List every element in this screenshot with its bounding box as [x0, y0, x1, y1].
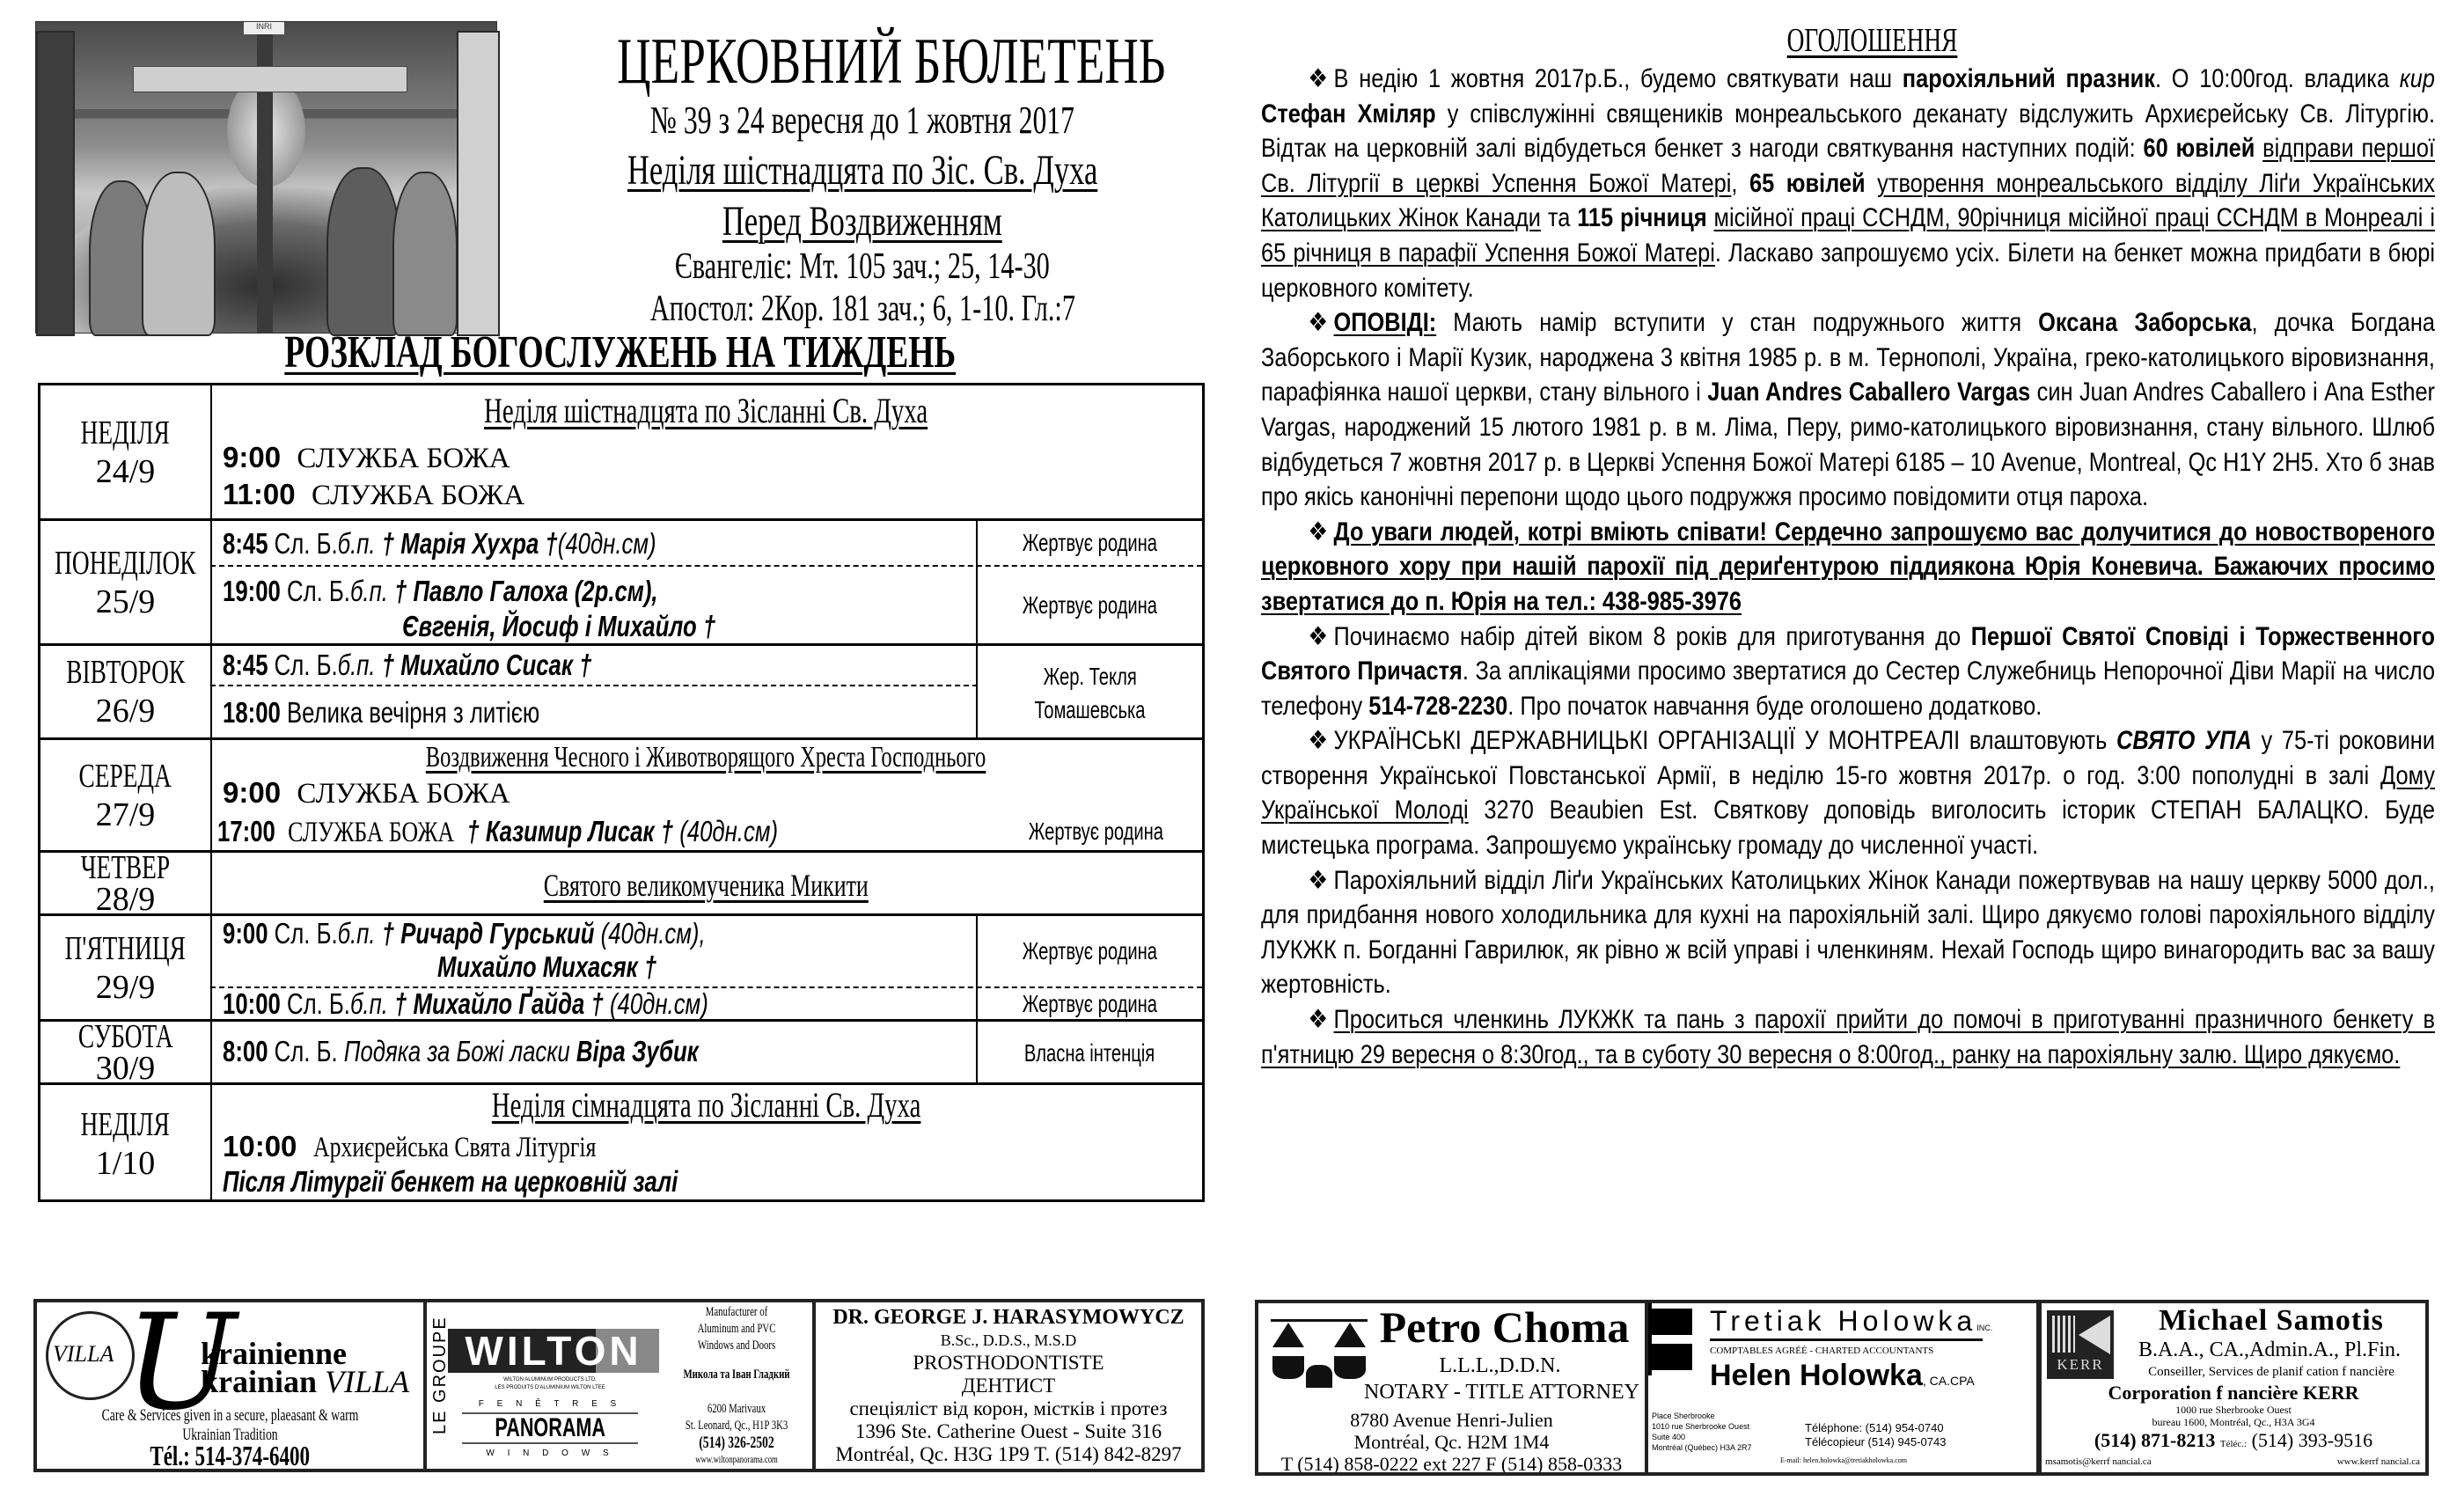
notary-info: L.L.L.,D.D.N. NOTARY - TITLE ATTORNEY [1364, 1353, 1636, 1405]
crucifixion-picture: INRI [35, 21, 497, 334]
services-cell: 8:00 Сл. Б. Подяка за Божі ласки Віра Зу… [210, 1022, 1202, 1082]
kerr-corp: Corporation f nancière KERR [2042, 1382, 2425, 1404]
figure [457, 31, 500, 336]
ad-notary: Petro Choma L.L.L.,D.D.N. NOTARY - TITLE… [1255, 1300, 1648, 1476]
apostle-reading: Апостол: 2Кор. 181 зач.; 6, 1-10. Гл.:7 [510, 289, 1214, 329]
day-cell: СУБОТА30/9 [40, 1022, 212, 1082]
service-line: 9:00 СЛУЖБА БОЖА [223, 775, 510, 811]
schedule-table: НЕДІЛЯ24/9 Неділя шістнадцята по Зісланн… [38, 383, 1205, 1202]
announcement-item: ❖УКРАЇНСЬКІ ДЕРЖАВНИЦЬКІ ОРГАНІЗАЦІЇ У М… [1261, 723, 2435, 862]
feast-title: Неділя сімнадцята по Зісланні Св. Духа [210, 1085, 1202, 1126]
day-cell: ЧЕТВЕР28/9 [40, 853, 212, 913]
service-line-continued: Євгенія, Йосиф і Михайло † [402, 609, 804, 644]
fenetres-text: F E N Ê T R E S [462, 1399, 638, 1409]
donor-note: Жертвує родина [976, 521, 1202, 565]
figure [142, 172, 216, 336]
firm-subtitle: COMPTABLES AGRÉÉ - CHARTED ACCOUNTANTS [1710, 1346, 2031, 1356]
ad-kerr-financial: KERR Michael Samotis B.A.A., CA.,Admin.A… [2038, 1300, 2429, 1476]
announcement-item: ❖Парохіяльний відділ Ліґи Українських Ка… [1261, 863, 2435, 1002]
table-row-saturday: СУБОТА30/9 8:00 Сл. Б. Подяка за Божі ла… [40, 1022, 1202, 1085]
after-liturgy-note: Після Літургії бенкет на церковній залі [223, 1164, 806, 1199]
dashed-divider [210, 685, 978, 686]
diamond-bullet-icon: ❖ [1308, 62, 1333, 97]
day-cell: П'ЯТНИЦЯ29/9 [40, 916, 212, 1019]
villa-name: krainienne krainian VILLA [201, 1339, 409, 1396]
announcement-item: ❖В недію 1 жовтня 2017р.Б., будемо святк… [1261, 62, 2435, 305]
services-cell: Неділя шістнадцята по Зісланні Св. Духа … [210, 385, 1202, 518]
donor-note: Жертвує родина [1002, 814, 1190, 849]
services-cell: 8:45 Сл. Б.б.п. † Марія Хухра †(40дн.см)… [210, 521, 1202, 643]
accountant-address: Place Sherbrooke 1010 rue Sherbrooke Oue… [1652, 1411, 1752, 1453]
diamond-bullet-icon: ❖ [1308, 305, 1333, 341]
figure [392, 172, 458, 336]
donor-note: Жертвує родина [976, 916, 1202, 986]
windows-text: W I N D O W S [462, 1448, 638, 1458]
kerr-address: 1000 rue Sherbrooke Ouest bureau 1600, M… [2042, 1404, 2425, 1428]
table-row-tuesday: ВІВТОРОК26/9 8:45 Сл. Б.б.п. † Михайло С… [40, 646, 1202, 740]
issue-dates: № 39 з 24 вересня до 1 жовтня 2017 [510, 99, 1214, 143]
accountant-email: E-mail: helen.holowka@tretiakholowka.com [1780, 1456, 2031, 1464]
announcement-item: ❖До уваги людей, котрі вміють співати! С… [1261, 515, 2435, 620]
ad-ukrainian-villa: VILLA U krainienne krainian VILLA Care &… [33, 1299, 427, 1472]
services-cell: Воздвиження Чесного і Животворящого Хрес… [210, 740, 1202, 850]
wilton-subtitle: WILTON ALUMINUM PRODUCTS LTD.LES PRODUIT… [462, 1376, 638, 1392]
ad-wilton-panorama: LE GROUPE WILTON WILTON ALUMINUM PRODUCT… [423, 1299, 816, 1472]
kerr-phones: (514) 871-8213 Téléc.: (514) 393-9516 [2042, 1430, 2425, 1455]
diamond-bullet-icon: ❖ [1308, 863, 1333, 898]
day-cell: СЕРЕДА27/9 [40, 740, 212, 850]
diamond-bullet-icon: ❖ [1308, 723, 1333, 759]
villa-phone: Tél.: 514-374-6400 [37, 1441, 423, 1470]
services-cell: Святого великомученика Микити [210, 853, 1202, 913]
gospel-reading: Євангеліє: Мт. 105 зач.; 25, 14-30 [510, 246, 1214, 287]
feast-title: Воздвиження Чесного і Животворящого Хрес… [210, 740, 1202, 775]
diamond-bullet-icon: ❖ [1308, 515, 1333, 550]
table-row-friday: П'ЯТНИЦЯ29/9 9:00 Сл. Б.б.п. † Ричард Гу… [40, 916, 1202, 1022]
figure [36, 31, 75, 336]
feast-title: Святого великомученика Микити [210, 865, 1202, 906]
service-line: 8:45 Сл. Б.б.п. † Марія Хухра †(40дн.см) [223, 526, 779, 561]
accountant-name: Helen Holowka, CA.CPA [1710, 1358, 2031, 1398]
services-cell: Неділя сімнадцята по Зісланні Св. Духа 1… [210, 1085, 1202, 1202]
day-cell: НЕДІЛЯ24/9 [40, 385, 212, 518]
accountant-phones: Téléphone: (514) 954-0740 Télécopieur (5… [1805, 1421, 2031, 1449]
table-row-wednesday: СЕРЕДА27/9 Воздвиження Чесного і Животво… [40, 740, 1202, 853]
scales-icon [1271, 1310, 1368, 1390]
wilton-logo: WILTON [448, 1329, 659, 1373]
service-line: 8:45 Сл. Б.б.п. † Михайло Сисак † [223, 648, 696, 683]
table-row-thursday: ЧЕТВЕР28/9 Святого великомученика Микити [40, 853, 1202, 916]
sunday-name: Неділя шістнадцята по Зіс. Св. Духа [510, 146, 1214, 195]
ad-accountant: Tretiak HolowkaINC. COMPTABLES AGRÉÉ - C… [1645, 1300, 2040, 1476]
service-line-continued: Михайло Михасяк † [437, 950, 718, 985]
service-line: 11:00 СЛУЖБА БОЖА [223, 477, 524, 513]
donor-note: Жертвує родина [976, 986, 1202, 1022]
announcements-heading: ОГОЛОШЕННЯ [1754, 23, 1934, 58]
announcement-item: ❖Проситься членкинь ЛУКЖК та пань з паро… [1261, 1002, 2435, 1072]
table-row-sunday: НЕДІЛЯ24/9 Неділя шістнадцята по Зісланн… [40, 385, 1202, 521]
kerr-role: Conseiller, Services de planif cation f … [2117, 1363, 2425, 1381]
before-feast: Перед Воздвиженням [510, 197, 1214, 246]
kerr-name: Michael Samotis [2121, 1303, 2422, 1338]
kerr-logo-icon: KERR [2047, 1310, 2114, 1379]
figure [326, 167, 400, 336]
donor-note: Жер. ТекляТомашевська [976, 646, 1202, 740]
kerr-degrees: B.A.A., CA.,Admin.A., Pl.Fin. [2117, 1337, 2422, 1363]
announcements-list: ❖В недію 1 жовтня 2017р.Б., будемо святк… [1261, 62, 2435, 1072]
donor-note: Власна інтенція [976, 1022, 1202, 1085]
service-line: 19:00 Сл. Б.б.п. † Павло Галоха (2р.см), [223, 574, 781, 609]
service-line: 10:00 Сл. Б.б.п. † Михайло Ґайда † (40дн… [223, 986, 845, 1022]
service-line: 10:00 Архиєрейська Свята Літургія [223, 1129, 676, 1165]
bulletin-title: ЦЕРКОВНИЙ БЮЛЕТЕНЬ [510, 26, 1214, 97]
services-cell: 8:45 Сл. Б.б.п. † Михайло Сисак † 18:00 … [210, 646, 1202, 737]
cross-horizontal-beam [133, 66, 407, 92]
donor-note: Жертвує родина [976, 565, 1202, 646]
service-line: 8:00 Сл. Б. Подяка за Божі ласки Віра Зу… [223, 1034, 832, 1069]
wilton-info: Manufacturer of Aluminum and PVC Windows… [657, 1304, 816, 1468]
service-line: 9:00 СЛУЖБА БОЖА [223, 440, 510, 476]
inri-sign: INRI [244, 22, 284, 34]
diamond-bullet-icon: ❖ [1308, 620, 1333, 655]
villa-logo-text: VILLA [53, 1341, 114, 1368]
schedule-heading: РОЗКЛАД БОГОСЛУЖЕНЬ НА ТИЖДЕНЬ [35, 327, 1206, 378]
services-cell: 9:00 Сл. Б.б.п. † Ричард Гурський (40дн.… [210, 916, 1202, 1019]
table-row-monday: ПОНЕДІЛОК25/9 8:45 Сл. Б.б.п. † Марія Ху… [40, 521, 1202, 646]
diamond-bullet-icon: ❖ [1308, 1002, 1333, 1038]
kerr-email[interactable]: msamotis@kerrf nancial.ca [2045, 1456, 2152, 1467]
day-cell: ВІВТОРОК26/9 [40, 646, 212, 737]
notary-address: 8780 Avenue Henri-Julien Montréal, Qc. H… [1258, 1409, 1645, 1475]
announcement-item: ❖Починаємо набір дітей віком 8 років для… [1261, 620, 2435, 724]
feast-title: Неділя шістнадцята по Зісланні Св. Духа [210, 391, 1202, 431]
announcement-item: ❖ОПОВІДІ: Мають намір вступити у стан по… [1261, 305, 2435, 515]
day-cell: НЕДІЛЯ1/10 [40, 1085, 212, 1202]
day-cell: ПОНЕДІЛОК25/9 [40, 521, 212, 643]
kerr-website[interactable]: www.kerrf nancial.ca [2337, 1456, 2420, 1467]
table-row-next-sunday: НЕДІЛЯ1/10 Неділя сімнадцята по Зісланні… [40, 1085, 1202, 1202]
service-line: 18:00 Велика вечірня з литією [223, 695, 629, 730]
ad-dentist: DR. GEORGE J. HARASYMOWYCZ B.Sc., D.D.S.… [812, 1299, 1205, 1472]
service-line: 17:00 СЛУЖБА БОЖА † Казимир Лисак † (40д… [217, 814, 936, 850]
panorama-logo: PANORAMA [462, 1412, 638, 1444]
notary-name: Petro Choma [1373, 1303, 1636, 1351]
service-line: 9:00 Сл. Б.б.п. † Ричард Гурський (40дн.… [223, 916, 841, 951]
